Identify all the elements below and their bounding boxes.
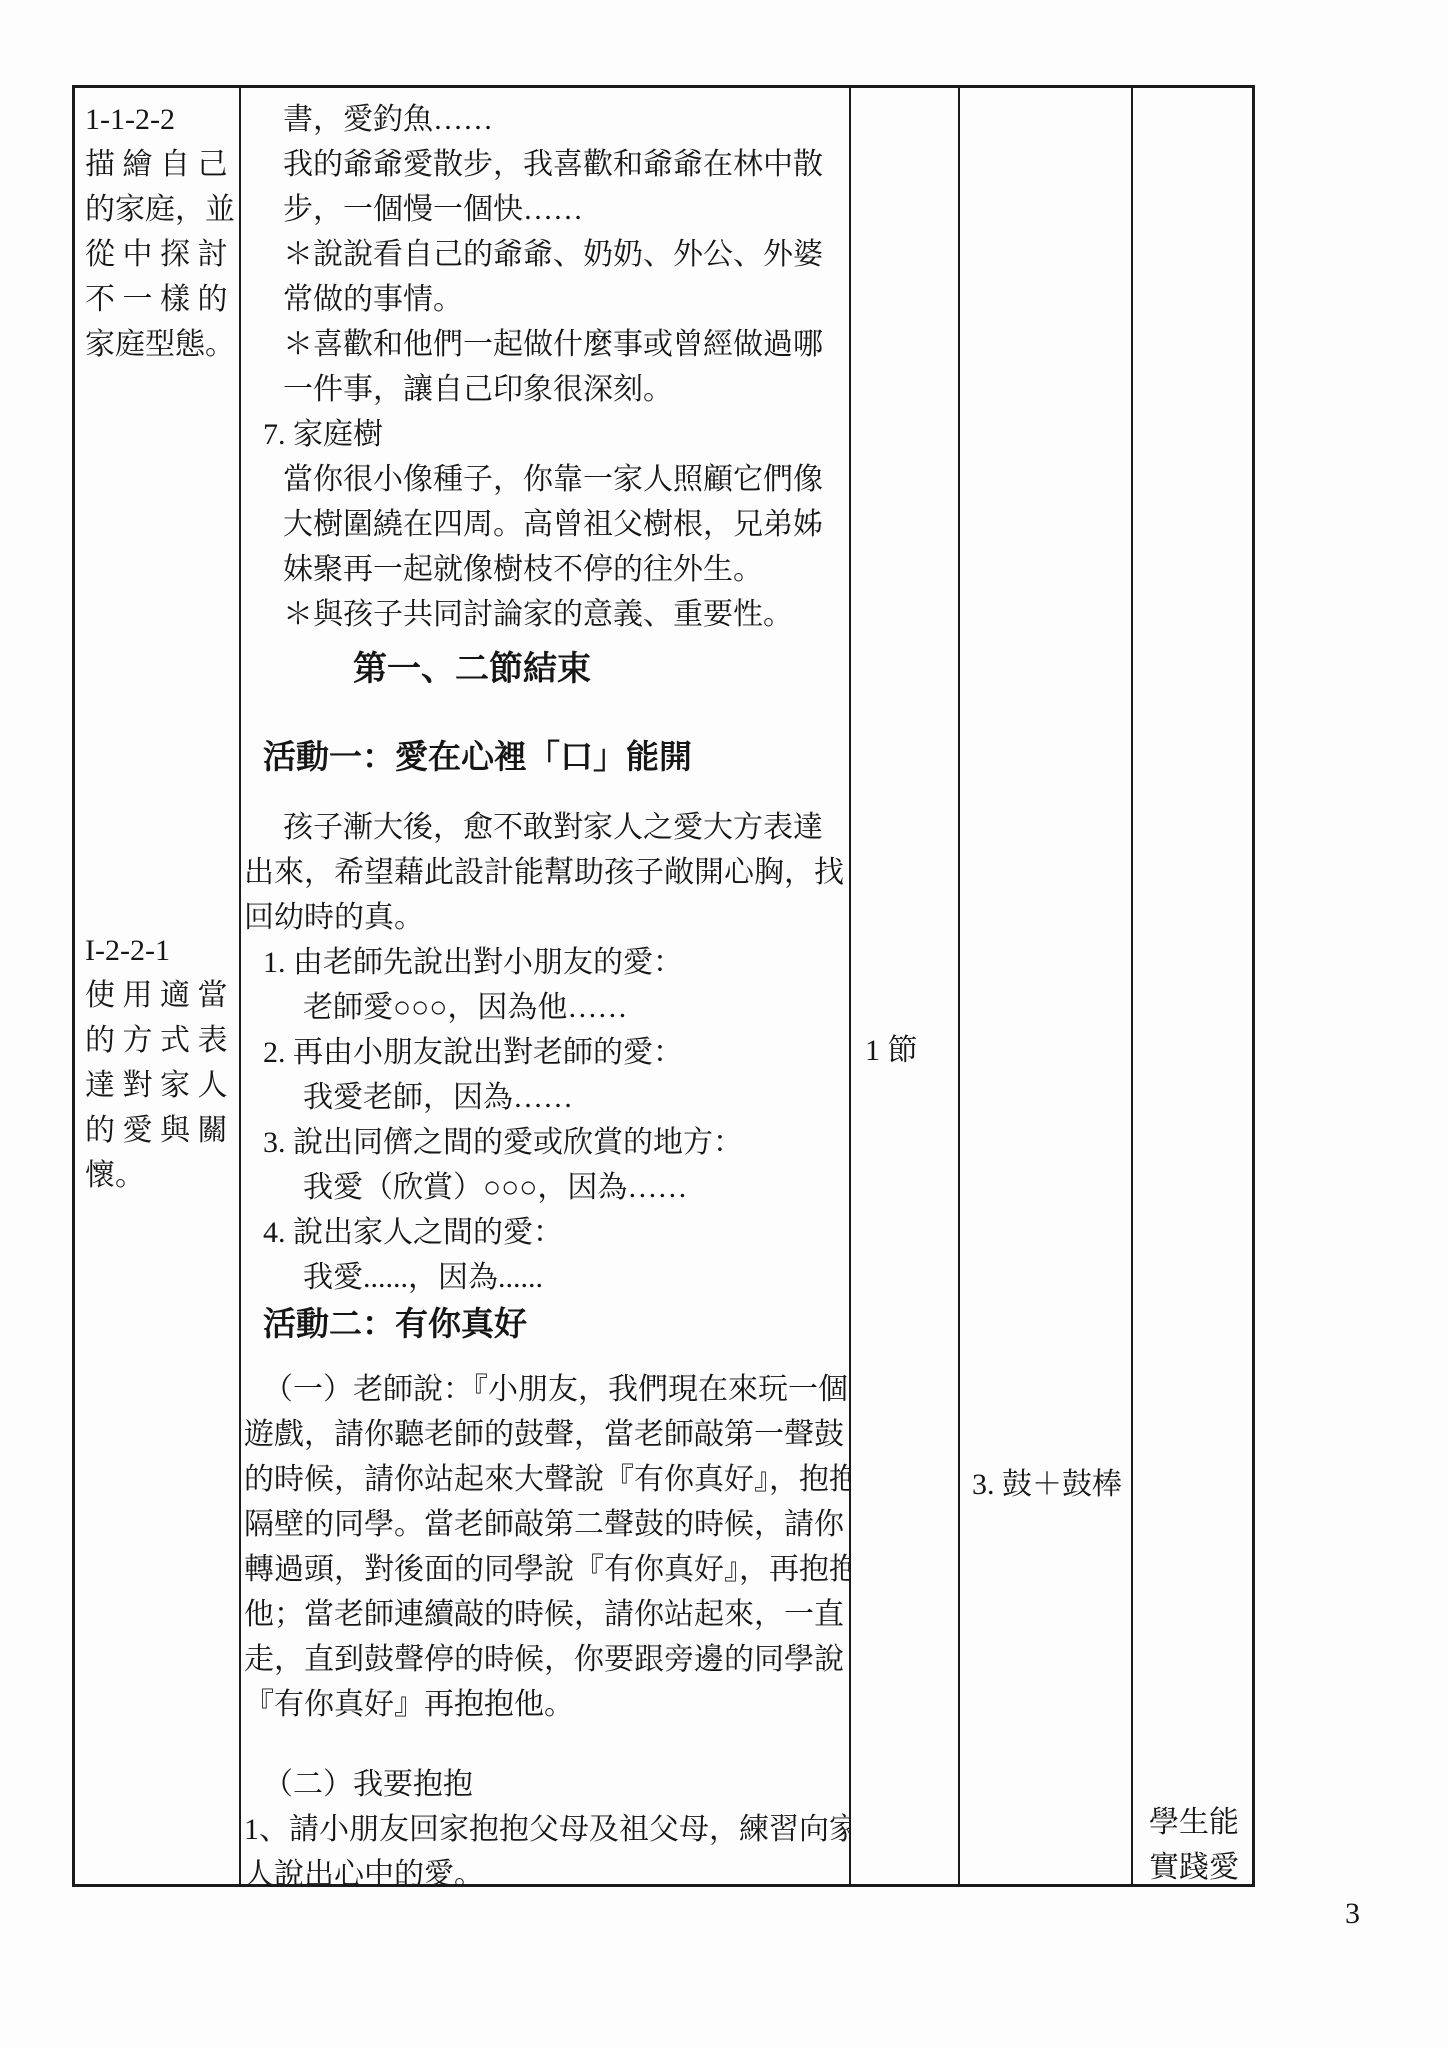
activity-line: 7. 家庭樹 bbox=[241, 412, 849, 457]
evaluation-line: 實踐愛 bbox=[1149, 1845, 1239, 1884]
activity-line: 轉過頭，對後面的同學說『有你真好』，再抱抱 bbox=[241, 1547, 849, 1592]
resources-text: 3. 鼓＋鼓棒 bbox=[972, 1462, 1122, 1507]
activity-line: 他；當老師連續敲的時候，請你站起來，一直 bbox=[241, 1592, 849, 1637]
activity-line: 妹聚再一起就像樹枝不停的往外生。 bbox=[241, 547, 849, 592]
page-number: 3 bbox=[1345, 1897, 1360, 1931]
objective-line: 使 用 適 當 bbox=[85, 973, 235, 1018]
objective-line: 懷。 bbox=[85, 1153, 235, 1198]
activity-line: 大樹圍繞在四周。高曾祖父樹根，兄弟姊 bbox=[241, 502, 849, 547]
activity-line: 1. 由老師先說出對小朋友的愛： bbox=[241, 940, 849, 985]
activity-line: 3. 說出同儕之間的愛或欣賞的地方： bbox=[241, 1120, 849, 1165]
duration-text: 1 節 bbox=[865, 1028, 918, 1073]
activity-line: （一）老師說：『小朋友，我們現在來玩一個 bbox=[241, 1367, 849, 1412]
activity-line: 一件事，讓自己印象很深刻。 bbox=[241, 367, 849, 412]
lesson-plan-table: 1-1-2-2描 繪 自 己的家庭，並從 中 探 討不 一 樣 的家庭型態。I-… bbox=[72, 85, 1255, 1887]
objective-line: 描 繪 自 己 bbox=[85, 142, 235, 187]
objective-block: 1-1-2-2描 繪 自 己的家庭，並從 中 探 討不 一 樣 的家庭型態。 bbox=[85, 97, 235, 367]
activity-line: 活動二：有你真好 bbox=[241, 1300, 849, 1350]
activity-line: 我的爺爺愛散步，我喜歡和爺爺在林中散 bbox=[241, 142, 849, 187]
objectives-column: 1-1-2-2描 繪 自 己的家庭，並從 中 探 討不 一 樣 的家庭型態。I-… bbox=[75, 88, 241, 1884]
activity-line: 4. 說出家人之間的愛： bbox=[241, 1210, 849, 1255]
activity-line: 的時候，請你站起來大聲說『有你真好』，抱抱 bbox=[241, 1457, 849, 1502]
activity-line: 走，直到鼓聲停的時候，你要跟旁邊的同學說 bbox=[241, 1637, 849, 1682]
activity-line: 第一、二節結束 bbox=[241, 645, 849, 695]
activity-line: 遊戲，請你聽老師的鼓聲，當老師敲第一聲鼓 bbox=[241, 1412, 849, 1457]
activity-line: 書，愛釣魚…… bbox=[241, 97, 849, 142]
objective-block: I-2-2-1使 用 適 當的 方 式 表達 對 家 人的 愛 與 關懷。 bbox=[85, 928, 235, 1198]
objective-line: 不 一 樣 的 bbox=[85, 277, 235, 322]
activity-line: 常做的事情。 bbox=[241, 277, 849, 322]
activity-line: 我愛......，因為...... bbox=[241, 1255, 849, 1300]
duration-column: 1 節 bbox=[851, 88, 960, 1884]
activity-line: ＊與孩子共同討論家的意義、重要性。 bbox=[241, 592, 849, 637]
activity-line: 隔壁的同學。當老師敲第二聲鼓的時候，請你 bbox=[241, 1502, 849, 1547]
activity-line: 人說出心中的愛。 bbox=[241, 1852, 849, 1884]
activities-column: 書，愛釣魚……我的爺爺愛散步，我喜歡和爺爺在林中散步，一個慢一個快……＊說說看自… bbox=[241, 88, 851, 1884]
objective-line: 的 愛 與 關 bbox=[85, 1108, 235, 1153]
resources-column: 3. 鼓＋鼓棒 bbox=[960, 88, 1133, 1884]
activity-line: ＊喜歡和他們一起做什麼事或曾經做過哪 bbox=[241, 322, 849, 367]
activity-line: 我愛（欣賞）○○○，因為…… bbox=[241, 1165, 849, 1210]
activity-line: 回幼時的真。 bbox=[241, 895, 849, 940]
evaluation-text: 學生能實踐愛 bbox=[1149, 1800, 1239, 1884]
activity-line: 當你很小像種子，你靠一家人照顧它們像 bbox=[241, 457, 849, 502]
activity-line: 我愛老師，因為…… bbox=[241, 1075, 849, 1120]
objective-line: 的 方 式 表 bbox=[85, 1018, 235, 1063]
activity-line: 『有你真好』再抱抱他。 bbox=[241, 1682, 849, 1727]
objective-line: 從 中 探 討 bbox=[85, 232, 235, 277]
objective-line: 1-1-2-2 bbox=[85, 97, 235, 142]
activity-line: 老師愛○○○，因為他…… bbox=[241, 985, 849, 1030]
activity-line: 1、請小朋友回家抱抱父母及祖父母，練習向家 bbox=[241, 1807, 849, 1852]
activity-line: 步，一個慢一個快…… bbox=[241, 187, 849, 232]
objective-line: I-2-2-1 bbox=[85, 928, 235, 973]
activity-line: 孩子漸大後，愈不敢對家人之愛大方表達 bbox=[241, 805, 849, 850]
activity-line: 活動一：愛在心裡「口」能開 bbox=[241, 733, 849, 783]
objective-line: 達 對 家 人 bbox=[85, 1063, 235, 1108]
activity-line: （二）我要抱抱 bbox=[241, 1762, 849, 1807]
activity-line: ＊說說看自己的爺爺、奶奶、外公、外婆 bbox=[241, 232, 849, 277]
document-page: 1-1-2-2描 繪 自 己的家庭，並從 中 探 討不 一 樣 的家庭型態。I-… bbox=[0, 0, 1448, 2048]
activity-line: 2. 再由小朋友說出對老師的愛： bbox=[241, 1030, 849, 1075]
evaluation-column: 學生能實踐愛 bbox=[1133, 88, 1252, 1884]
evaluation-line: 學生能 bbox=[1149, 1800, 1239, 1845]
activity-line: 出來，希望藉此設計能幫助孩子敞開心胸，找 bbox=[241, 850, 849, 895]
objective-line: 的家庭，並 bbox=[85, 187, 235, 232]
objective-line: 家庭型態。 bbox=[85, 322, 235, 367]
